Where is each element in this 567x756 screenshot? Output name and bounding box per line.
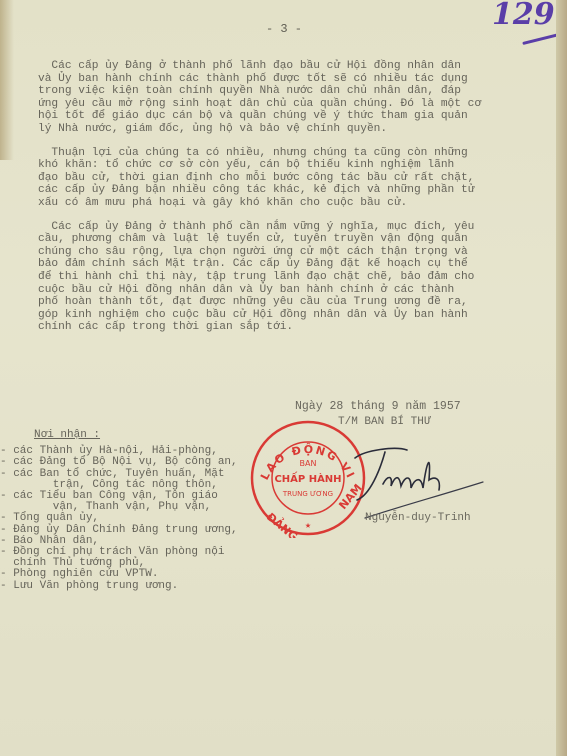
paragraph-3: Các cấp ủy Đảng ở thành phố cần nắm vững… <box>38 221 558 334</box>
page-number: - 3 - <box>266 22 302 36</box>
recipients-title: Nơi nhận : <box>34 430 330 441</box>
date-line: Ngày 28 tháng 9 năm 1957 <box>295 400 461 413</box>
recipient-item: - Tổng quân ủy, <box>0 513 330 524</box>
body-text: Các cấp ủy Đảng ở thành phố lãnh đạo bầu… <box>38 60 558 345</box>
paragraph-1: Các cấp ủy Đảng ở thành phố lãnh đạo bầu… <box>38 60 558 136</box>
page-edge <box>556 0 567 756</box>
recipient-item: - Phòng nghiên cứu VPTW. <box>0 569 330 580</box>
paragraph-2: Thuận lợi của chúng ta có nhiều, nhưng c… <box>38 147 558 210</box>
document-page: 129 - 3 - Các cấp ủy Đảng ở thành phố lã… <box>0 0 556 756</box>
recipients-block: Nơi nhận : - các Thành ủy Hà-nội, Hải-ph… <box>0 430 330 592</box>
signature <box>335 440 485 520</box>
signer-name: Nguyễn-duy-Trinh <box>365 512 471 524</box>
recipient-item: - các Đảng tổ Bộ Nội vụ, Bộ công an, <box>0 457 330 468</box>
recipient-item: - Lưu Văn phòng trung ương. <box>0 581 330 592</box>
